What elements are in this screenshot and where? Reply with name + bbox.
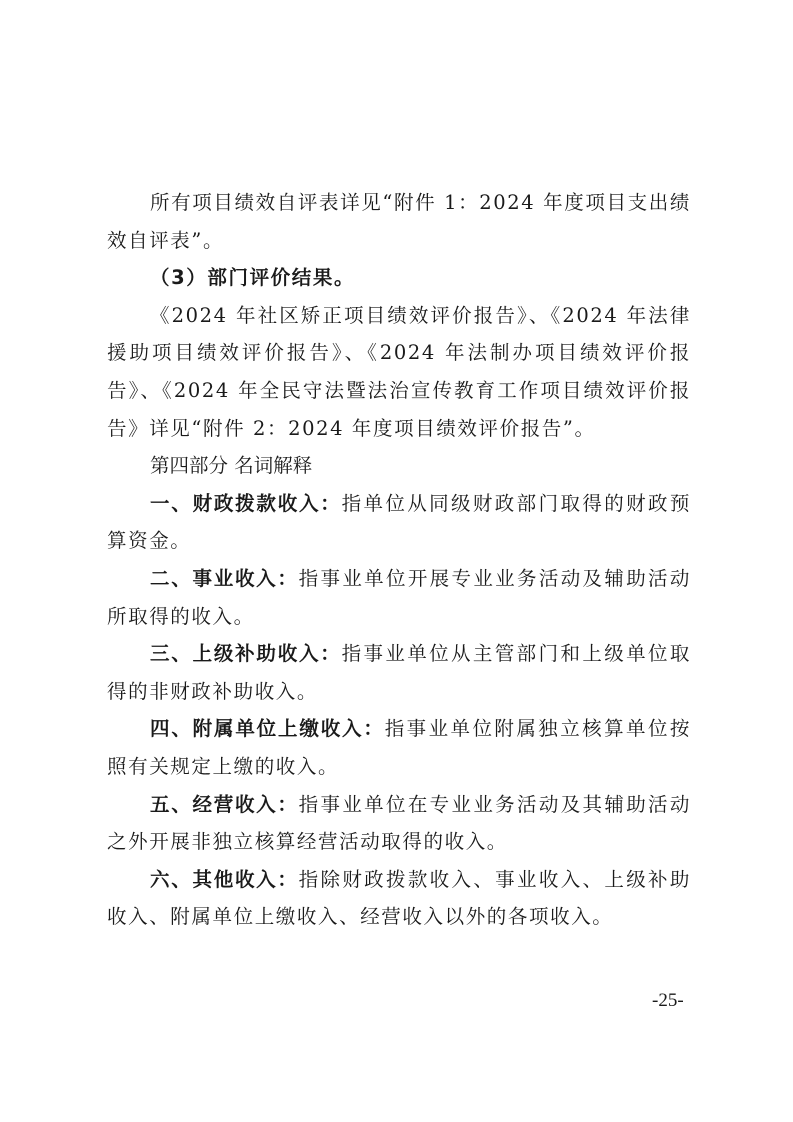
- dept-eval-paragraph: 《2024 年社区矫正项目绩效评价报告》、《2024 年法律援助项目绩效评价报告…: [107, 297, 691, 447]
- definition-term: 三、上级补助收入：: [150, 642, 342, 665]
- part4-title: 第四部分 名词解释: [107, 447, 691, 485]
- definition-item: 六、其他收入：指除财政拨款收入、事业收入、上级补助收入、附属单位上缴收入、经营收…: [107, 861, 691, 936]
- body-text: 所有项目绩效自评表详见“附件 1：2024 年度项目支出绩效自评表”。 （3）部…: [107, 184, 691, 936]
- definition-item: 三、上级补助收入：指事业单位从主管部门和上级单位取得的非财政补助收入。: [107, 635, 691, 710]
- definition-item: 一、财政拨款收入：指单位从同级财政部门取得的财政预算资金。: [107, 485, 691, 560]
- page-number: -25-: [652, 990, 684, 1012]
- definition-item: 四、附属单位上缴收入：指事业单位附属独立核算单位按照有关规定上缴的收入。: [107, 710, 691, 785]
- definition-term: 六、其他收入：: [150, 868, 299, 891]
- definition-item: 五、经营收入：指事业单位在专业业务活动及其辅助活动之外开展非独立核算经营活动取得…: [107, 786, 691, 861]
- dept-eval-heading: （3）部门评价结果。: [107, 259, 691, 297]
- definition-term: 二、事业收入：: [150, 567, 299, 590]
- document-page: 所有项目绩效自评表详见“附件 1：2024 年度项目支出绩效自评表”。 （3）部…: [0, 0, 793, 1122]
- definition-item: 二、事业收入：指事业单位开展专业业务活动及辅助活动所取得的收入。: [107, 560, 691, 635]
- definition-term: 五、经营收入：: [150, 793, 299, 816]
- self-eval-paragraph: 所有项目绩效自评表详见“附件 1：2024 年度项目支出绩效自评表”。: [107, 184, 691, 259]
- definition-term: 四、附属单位上缴收入：: [150, 717, 385, 740]
- definition-term: 一、财政拨款收入：: [150, 492, 342, 515]
